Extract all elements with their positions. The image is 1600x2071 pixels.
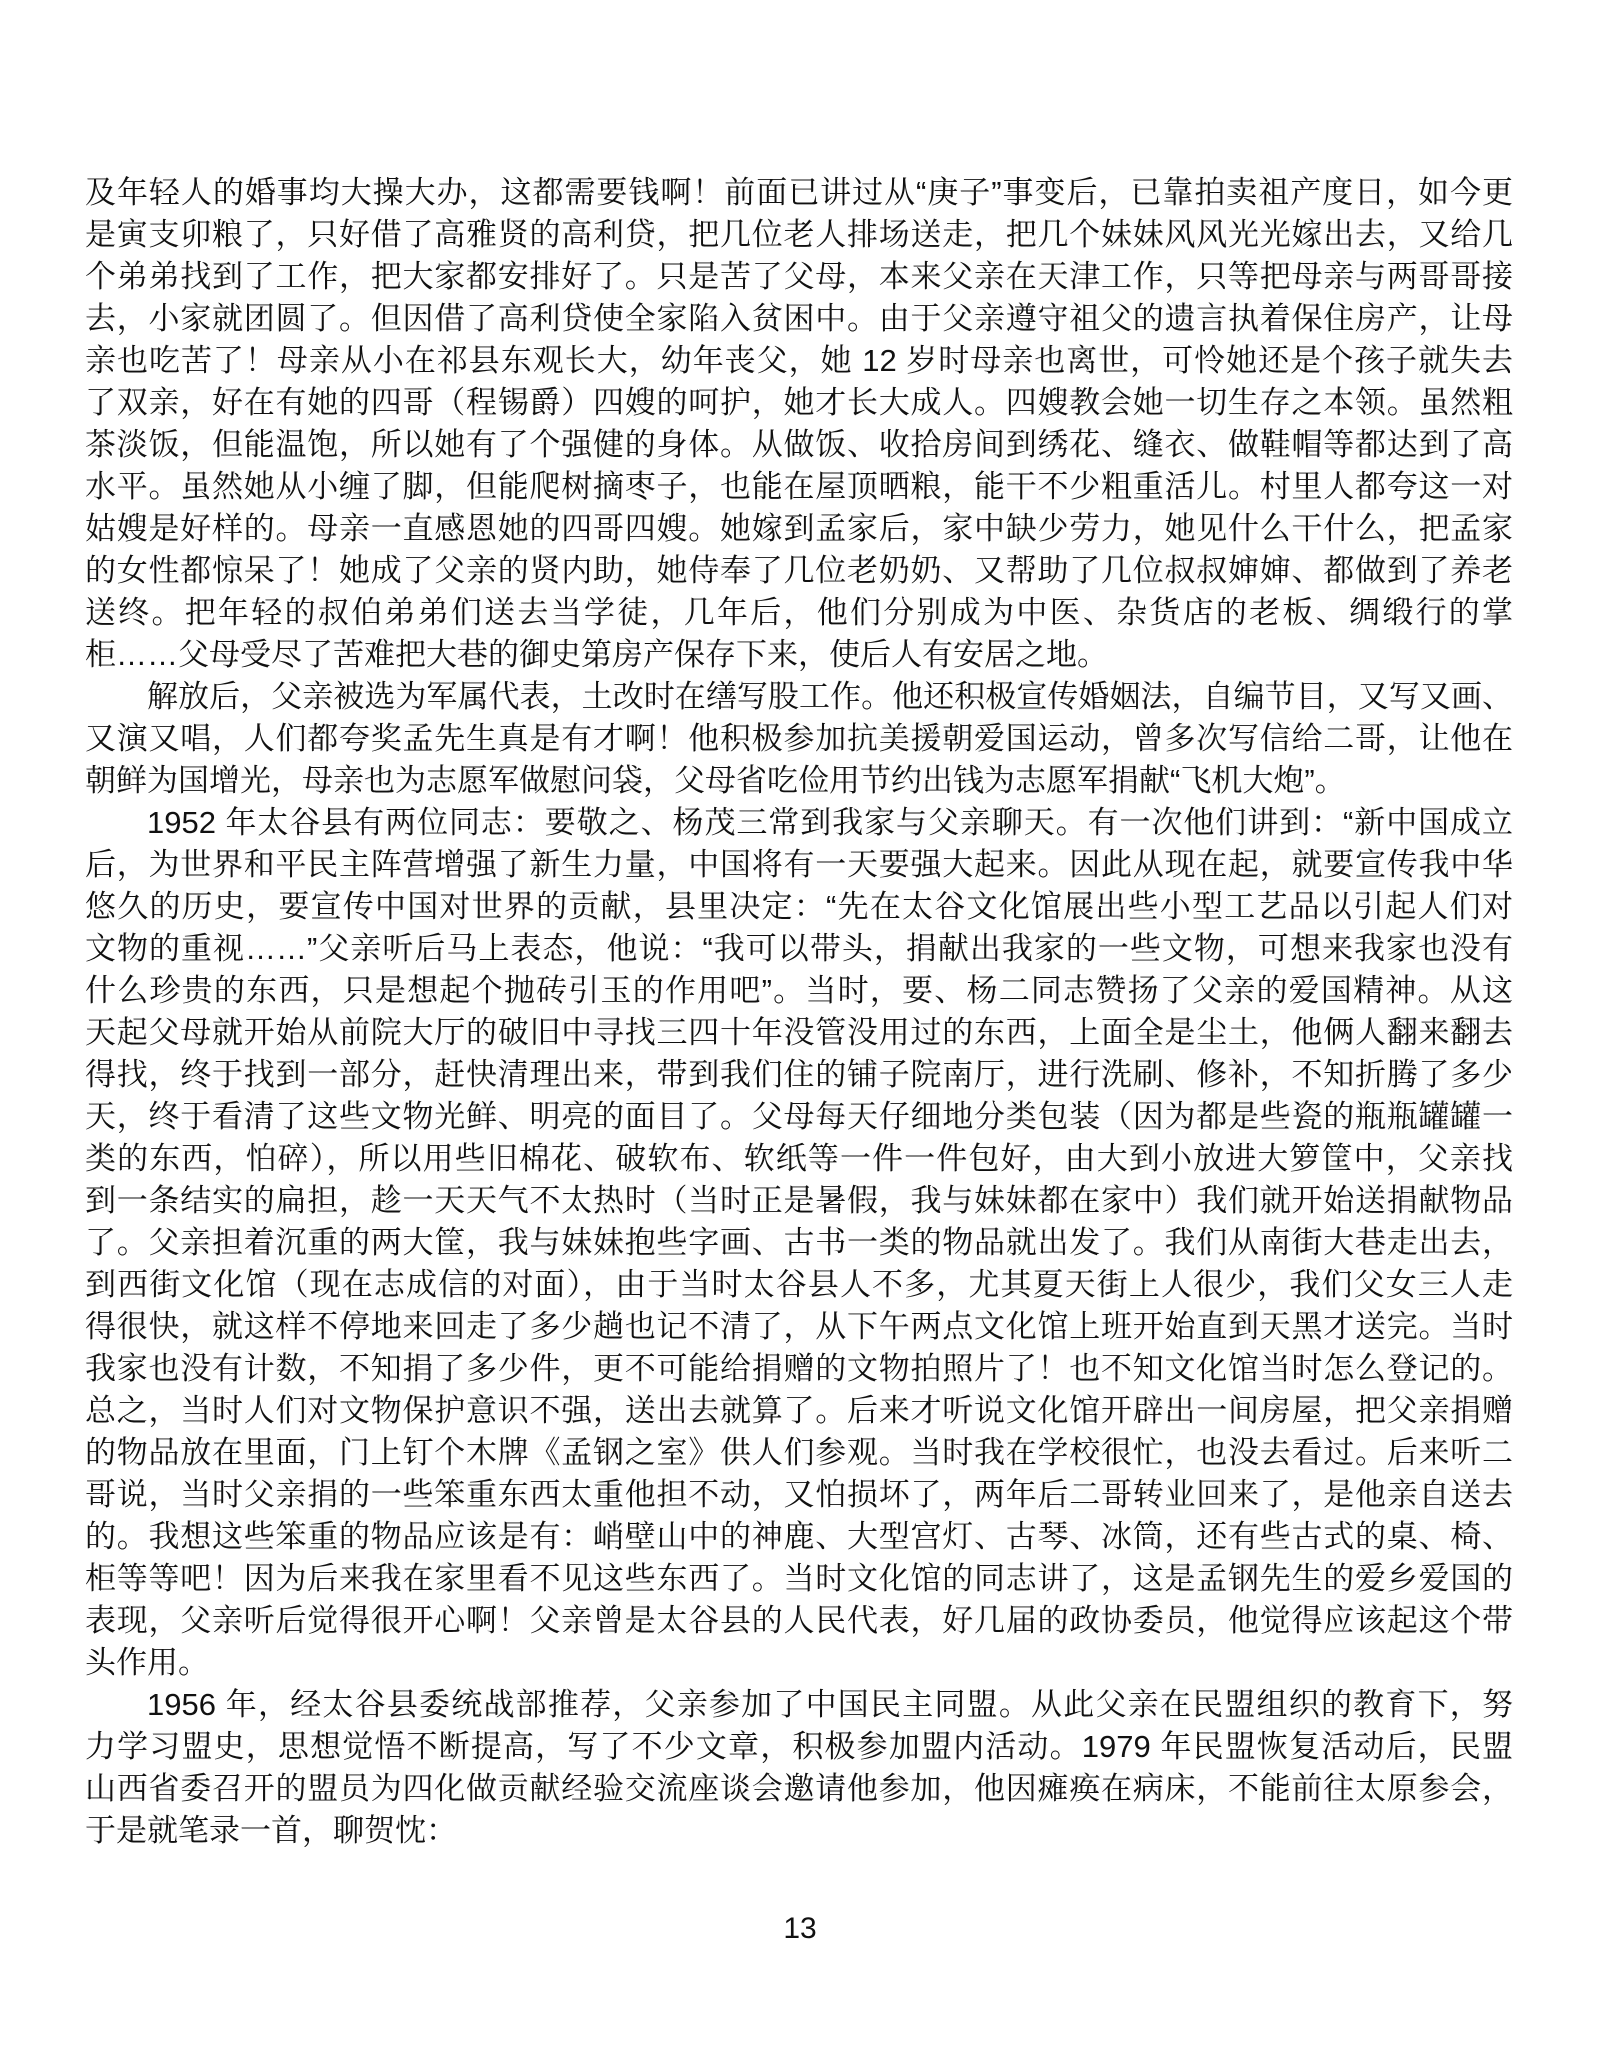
text-line: 解放后，父亲被选为军属代表，土改时在缮写股工作。他还积极宣传婚姻法，自编节目，又… (85, 676, 1513, 718)
text-line: 柜等等吧！因为后来我在家里看不见这些东西了。当时文化馆的同志讲了，这是孟钢先生的… (85, 1558, 1513, 1600)
text-line: 水平。虽然她从小缠了脚，但能爬树摘枣子，也能在屋顶晒粮，能干不少粗重活儿。村里人… (85, 466, 1513, 508)
text-line: 个弟弟找到了工作，把大家都安排好了。只是苦了父母，本来父亲在天津工作，只等把母亲… (85, 256, 1513, 298)
text-line: 表现，父亲听后觉得很开心啊！父亲曾是太谷县的人民代表，好几届的政协委员，他觉得应… (85, 1600, 1513, 1642)
text-line: 1952 年太谷县有两位同志：要敬之、杨茂三常到我家与父亲聊天。有一次他们讲到：… (85, 802, 1513, 844)
text-line: 1956 年，经太谷县委统战部推荐，父亲参加了中国民主同盟。从此父亲在民盟组织的… (85, 1684, 1513, 1726)
text-line: 是寅支卯粮了，只好借了高雅贤的高利贷，把几位老人排场送走，把几个妹妹风风光光嫁出… (85, 214, 1513, 256)
text-line: 什么珍贵的东西，只是想起个抛砖引玉的作用吧”。当时，要、杨二同志赞扬了父亲的爱国… (85, 970, 1513, 1012)
text-line: 头作用。 (85, 1642, 1513, 1684)
text-line: 得找，终于找到一部分，赶快清理出来，带到我们住的铺子院南厅，进行洗刷、修补，不知… (85, 1054, 1513, 1096)
text-line: 得很快，就这样不停地来回走了多少趟也记不清了，从下午两点文化馆上班开始直到天黑才… (85, 1306, 1513, 1348)
text-line: 文物的重视……”父亲听后马上表态，他说：“我可以带头，捐献出我家的一些文物，可想… (85, 928, 1513, 970)
text-line: 力学习盟史，思想觉悟不断提高，写了不少文章，积极参加盟内活动。1979 年民盟恢… (85, 1726, 1513, 1768)
text-line: 后，为世界和平民主阵营增强了新生力量，中国将有一天要强大起来。因此从现在起，就要… (85, 844, 1513, 886)
text-line: 总之，当时人们对文物保护意识不强，送出去就算了。后来才听说文化馆开辟出一间房屋，… (85, 1390, 1513, 1432)
text-line: 天，终于看清了这些文物光鲜、明亮的面目了。父母每天仔细地分类包装（因为都是些瓷的… (85, 1096, 1513, 1138)
page-footer: 13 (0, 1908, 1600, 1950)
text-line: 茶淡饭，但能温饱，所以她有了个强健的身体。从做饭、收拾房间到绣花、缝衣、做鞋帽等… (85, 424, 1513, 466)
text-line: 天起父母就开始从前院大厅的破旧中寻找三四十年没管没用过的东西，上面全是尘土，他俩… (85, 1012, 1513, 1054)
text-line: 的物品放在里面，门上钉个木牌《孟钢之室》供人们参观。当时我在学校很忙，也没去看过… (85, 1432, 1513, 1474)
text-line: 到西街文化馆（现在志成信的对面），由于当时太谷县人不多，尤其夏天街上人很少，我们… (85, 1264, 1513, 1306)
text-line: 我家也没有计数，不知捐了多少件，更不可能给捐赠的文物拍照片了！也不知文化馆当时怎… (85, 1348, 1513, 1390)
paragraph: 及年轻人的婚事均大操大办，这都需要钱啊！前面已讲过从“庚子”事变后，已靠拍卖祖产… (85, 172, 1513, 676)
text-line: 去，小家就团圆了。但因借了高利贷使全家陷入贫困中。由于父亲遵守祖父的遗言执着保住… (85, 298, 1513, 340)
text-line: 姑嫂是好样的。母亲一直感恩她的四哥四嫂。她嫁到孟家后，家中缺少劳力，她见什么干什… (85, 508, 1513, 550)
page-number: 13 (783, 1908, 816, 1950)
text-line: 及年轻人的婚事均大操大办，这都需要钱啊！前面已讲过从“庚子”事变后，已靠拍卖祖产… (85, 172, 1513, 214)
text-line: 又演又唱，人们都夸奖孟先生真是有才啊！他积极参加抗美援朝爱国运动，曾多次写信给二… (85, 718, 1513, 760)
text-line: 哥说，当时父亲捐的一些笨重东西太重他担不动，又怕损坏了，两年后二哥转业回来了，是… (85, 1474, 1513, 1516)
text-line: 了。父亲担着沉重的两大筐，我与妹妹抱些字画、古书一类的物品就出发了。我们从南街大… (85, 1222, 1513, 1264)
text-line: 亲也吃苦了！母亲从小在祁县东观长大，幼年丧父，她 12 岁时母亲也离世，可怜她还… (85, 340, 1513, 382)
paragraph: 1956 年，经太谷县委统战部推荐，父亲参加了中国民主同盟。从此父亲在民盟组织的… (85, 1684, 1513, 1852)
paragraph: 解放后，父亲被选为军属代表，土改时在缮写股工作。他还积极宣传婚姻法，自编节目，又… (85, 676, 1513, 802)
text-line: 柜……父母受尽了苦难把大巷的御史第房产保存下来，使后人有安居之地。 (85, 634, 1513, 676)
text-line: 朝鲜为国增光，母亲也为志愿军做慰问袋，父母省吃俭用节约出钱为志愿军捐献“飞机大炮… (85, 760, 1513, 802)
page-body-text: 及年轻人的婚事均大操大办，这都需要钱啊！前面已讲过从“庚子”事变后，已靠拍卖祖产… (85, 172, 1513, 1852)
text-line: 的。我想这些笨重的物品应该是有：峭壁山中的神鹿、大型宫灯、古琴、冰筒，还有些古式… (85, 1516, 1513, 1558)
text-line: 的女性都惊呆了！她成了父亲的贤内助，她侍奉了几位老奶奶、又帮助了几位叔叔婶婶、都… (85, 550, 1513, 592)
text-line: 了双亲，好在有她的四哥（程锡爵）四嫂的呵护，她才长大成人。四嫂教会她一切生存之本… (85, 382, 1513, 424)
text-line: 山西省委召开的盟员为四化做贡献经验交流座谈会邀请他参加，他因瘫痪在病床，不能前往… (85, 1768, 1513, 1810)
text-line: 于是就笔录一首，聊贺忱： (85, 1810, 1513, 1852)
paragraph: 1952 年太谷县有两位同志：要敬之、杨茂三常到我家与父亲聊天。有一次他们讲到：… (85, 802, 1513, 1684)
text-line: 送终。把年轻的叔伯弟弟们送去当学徒，几年后，他们分别成为中医、杂货店的老板、绸缎… (85, 592, 1513, 634)
document-page: 及年轻人的婚事均大操大办，这都需要钱啊！前面已讲过从“庚子”事变后，已靠拍卖祖产… (0, 0, 1600, 2071)
text-line: 悠久的历史，要宣传中国对世界的贡献，县里决定：“先在太谷文化馆展出些小型工艺品以… (85, 886, 1513, 928)
text-line: 类的东西，怕碎），所以用些旧棉花、破软布、软纸等一件一件包好，由大到小放进大箩筐… (85, 1138, 1513, 1180)
text-line: 到一条结实的扁担，趁一天天气不太热时（当时正是暑假，我与妹妹都在家中）我们就开始… (85, 1180, 1513, 1222)
